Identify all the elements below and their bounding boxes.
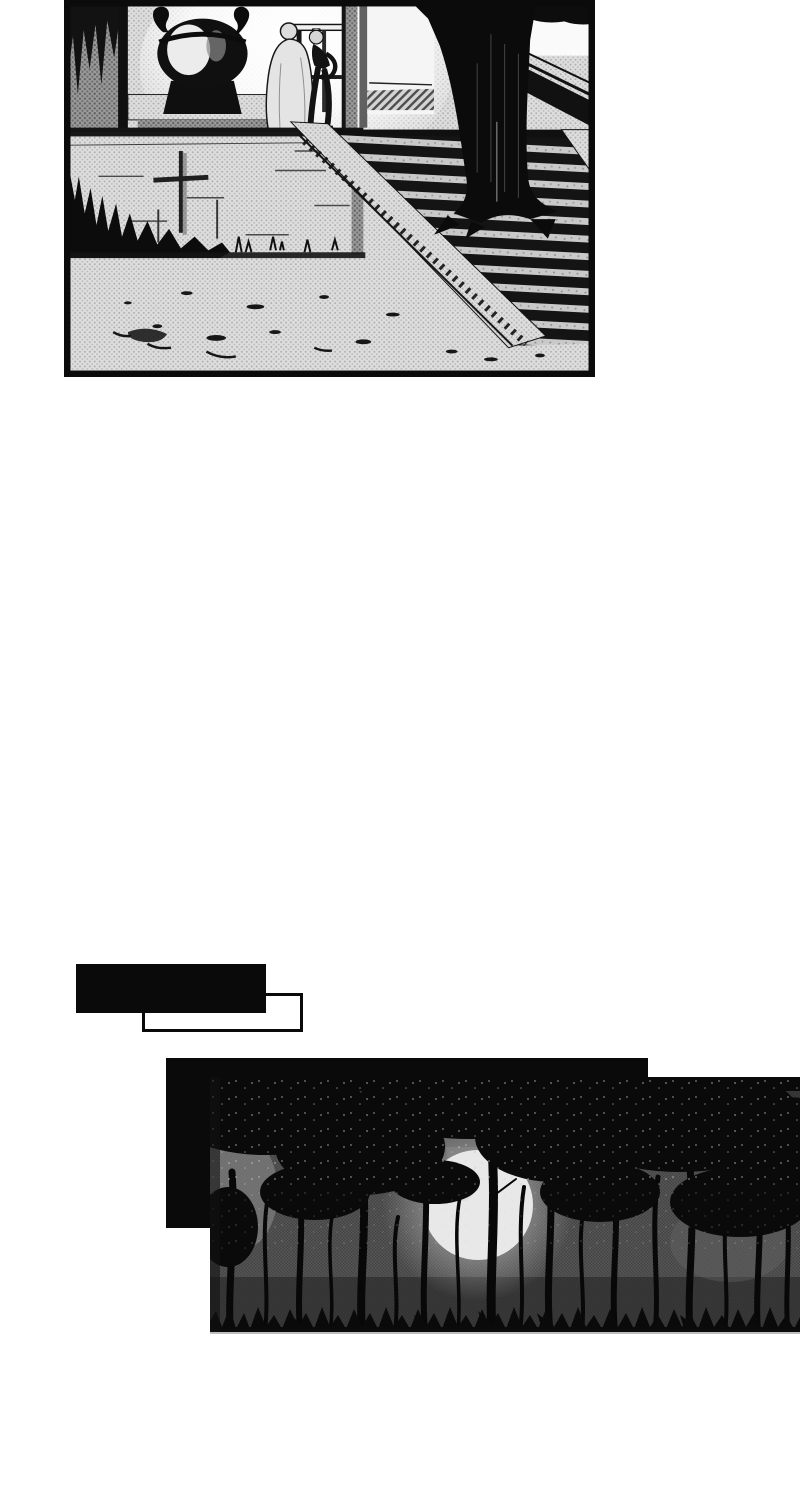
temple-panel-art xyxy=(69,5,590,372)
comic-page: { "page": { "title": "Black-and-white ma… xyxy=(0,0,800,1500)
leaf-speckles xyxy=(210,1077,800,1192)
panel-moonlit-forest xyxy=(210,1077,800,1332)
far-background xyxy=(367,5,434,114)
caption-box-black xyxy=(76,964,266,1013)
pillar xyxy=(342,5,368,132)
panel-temple-courtyard xyxy=(64,0,595,377)
forest-panel-art xyxy=(210,1077,800,1332)
left-structure xyxy=(69,5,128,139)
